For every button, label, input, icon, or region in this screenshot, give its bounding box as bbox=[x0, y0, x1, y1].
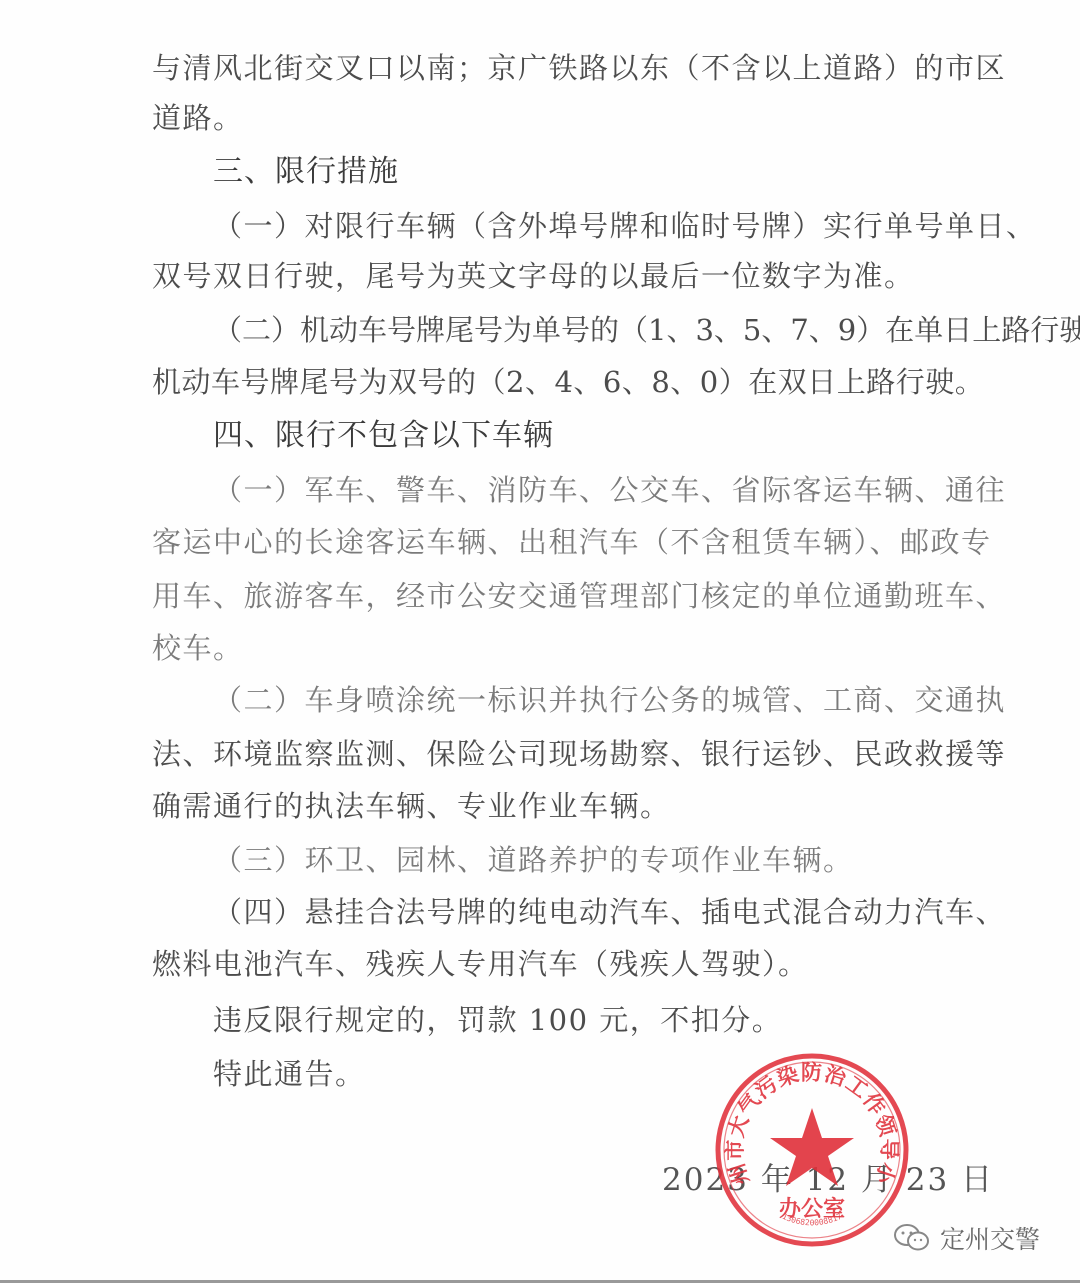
text-line: 确需通行的执法车辆、专业作业车辆。 bbox=[152, 786, 987, 826]
section-heading-3: 三、限行措施 bbox=[213, 152, 987, 192]
text-line: 客运中心的长途客运车辆、出租汽车（不含租赁车辆）、邮政专 bbox=[152, 522, 987, 562]
text-line: （一）军车、警车、消防车、公交车、省际客运车辆、通往 bbox=[213, 470, 987, 510]
text-line: 双号双日行驶，尾号为英文字母的以最后一位数字为准。 bbox=[152, 256, 987, 296]
section-heading-4: 四、限行不包含以下车辆 bbox=[213, 416, 987, 456]
text-line: 法、环境监察监测、保险公司现场勘察、银行运钞、民政救援等 bbox=[152, 734, 987, 774]
text-line: （三）环卫、园林、道路养护的专项作业车辆。 bbox=[213, 840, 987, 880]
account-name: 定州交警 bbox=[940, 1220, 1040, 1256]
text-line: 机动车号牌尾号为双号的（2、4、6、8、0）在双日上路行驶。 bbox=[152, 362, 987, 402]
text-line: 违反限行规定的，罚款 100 元，不扣分。 bbox=[213, 1000, 987, 1040]
official-seal-icon: 定州市大气污染防治工作领导小组 办公室 1306820008817 bbox=[712, 1050, 912, 1250]
document-page: 与清风北街交叉口以南；京广铁路以东（不含以上道路）的市区 道路。 三、限行措施 … bbox=[0, 0, 1080, 1280]
text-line: （四）悬挂合法号牌的纯电动汽车、插电式混合动力汽车、 bbox=[213, 892, 987, 932]
text-line: 校车。 bbox=[152, 628, 987, 668]
text-line: （二）车身喷涂统一标识并执行公务的城管、工商、交通执 bbox=[213, 680, 987, 720]
text-line: （一）对限行车辆（含外埠号牌和临时号牌）实行单号单日、 bbox=[213, 206, 987, 246]
account-watermark: 定州交警 bbox=[892, 1218, 1040, 1258]
text-line: 道路。 bbox=[152, 98, 987, 138]
text-line: 与清风北街交叉口以南；京广铁路以东（不含以上道路）的市区 bbox=[152, 48, 987, 88]
text-line: 用车、旅游客车，经市公安交通管理部门核定的单位通勤班车、 bbox=[152, 576, 987, 616]
text-line: （二）机动车号牌尾号为单号的（1、3、5、7、9）在单日上路行驶； bbox=[213, 310, 987, 350]
text-line: 燃料电池汽车、残疾人专用汽车（残疾人驾驶）。 bbox=[152, 944, 987, 984]
wechat-icon bbox=[892, 1222, 932, 1254]
